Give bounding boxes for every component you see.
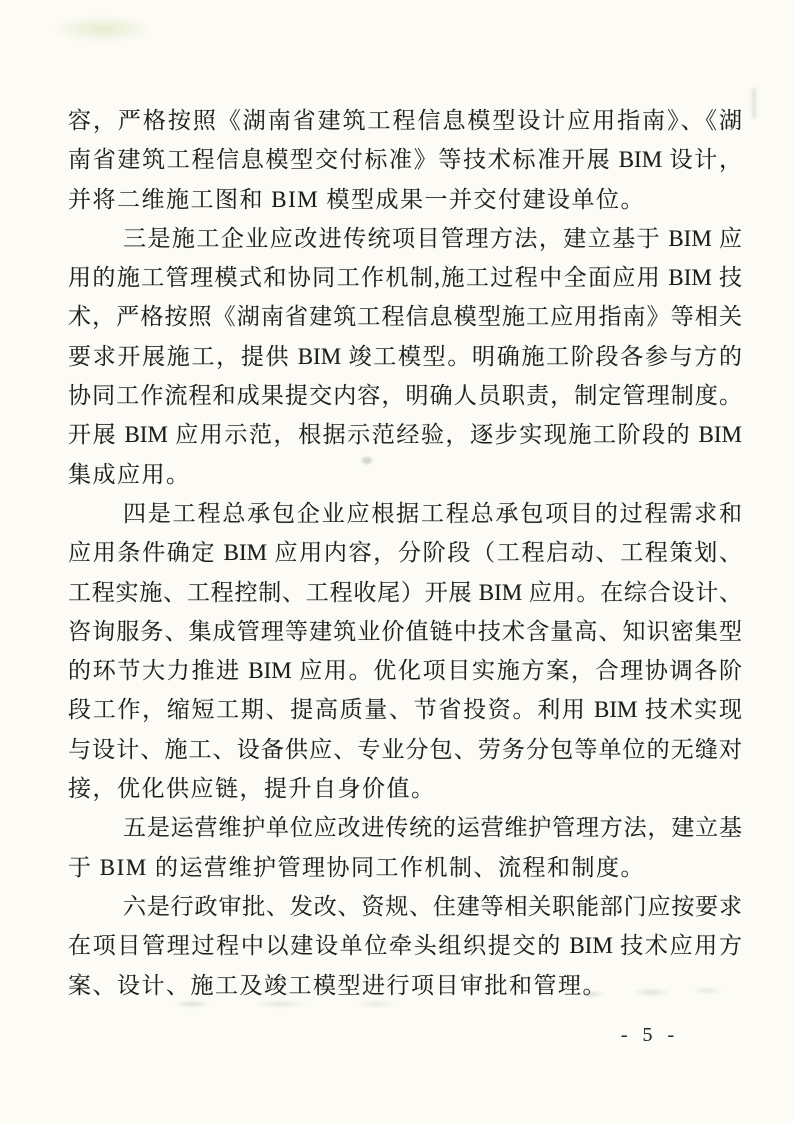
text-line: 接，优化供应链，提升自身价值。: [68, 769, 742, 808]
paragraph-item-six: 六是行政审批、发改、资规、住建等相关职能部门应按要求 在项目管理过程中以建设单位…: [68, 887, 742, 1005]
text-line: 咨询服务、集成管理等建筑业价值链中技术含量高、知识密集型: [68, 612, 742, 651]
text-line: 协同工作流程和成果提交内容，明确人员职责，制定管理制度。: [68, 376, 742, 415]
text-line: 用的施工管理模式和协同工作机制,施工过程中全面应用 BIM 技: [68, 258, 742, 297]
text-line: 五是运营维护单位应改进传统的运营维护管理方法，建立基: [68, 808, 742, 847]
text-line: 并将二维施工图和 BIM 模型成果一并交付建设单位。: [68, 180, 742, 219]
paragraph-continuation: 容，严格按照《湖南省建筑工程信息模型设计应用指南》、《湖 南省建筑工程信息模型交…: [68, 101, 742, 219]
text-block: 容，严格按照《湖南省建筑工程信息模型设计应用指南》、《湖 南省建筑工程信息模型交…: [68, 101, 742, 1005]
text-line: 开展 BIM 应用示范，根据示范经验，逐步实现施工阶段的 BIM: [68, 415, 742, 454]
text-line: 应用条件确定 BIM 应用内容，分阶段（工程启动、工程策划、: [68, 533, 742, 572]
text-line: 六是行政审批、发改、资规、住建等相关职能部门应按要求: [68, 887, 742, 926]
paragraph-item-four: 四是工程总承包企业应根据工程总承包项目的过程需求和 应用条件确定 BIM 应用内…: [68, 494, 742, 808]
text-line: 三是施工企业应改进传统项目管理方法，建立基于 BIM 应: [68, 219, 742, 258]
text-line: 案、设计、施工及竣工模型进行项目审批和管理。: [68, 966, 742, 1005]
paragraph-item-five: 五是运营维护单位应改进传统的运营维护管理方法，建立基 于 BIM 的运营维护管理…: [68, 808, 742, 887]
paragraph-item-three: 三是施工企业应改进传统项目管理方法，建立基于 BIM 应 用的施工管理模式和协同…: [68, 219, 742, 494]
text-line: 的环节大力推进 BIM 应用。优化项目实施方案，合理协调各阶: [68, 651, 742, 690]
text-line: 四是工程总承包企业应根据工程总承包项目的过程需求和: [68, 494, 742, 533]
text-line: 容，严格按照《湖南省建筑工程信息模型设计应用指南》、《湖: [68, 101, 742, 140]
text-line: 与设计、施工、设备供应、专业分包、劳务分包等单位的无缝对: [68, 730, 742, 769]
text-line: 工程实施、工程控制、工程收尾）开展 BIM 应用。在综合设计、: [68, 573, 742, 612]
page-number: - 5 -: [600, 1024, 700, 1047]
scan-streak-right-edge: [752, 88, 756, 118]
text-line: 术，严格按照《湖南省建筑工程信息模型施工应用指南》等相关: [68, 297, 742, 336]
text-line: 南省建筑工程信息模型交付标准》等技术标准开展 BIM 设计，: [68, 140, 742, 179]
text-line: 于 BIM 的运营维护管理协同工作机制、流程和制度。: [68, 848, 742, 887]
text-line: 集成应用。: [68, 455, 742, 494]
document-page: 容，严格按照《湖南省建筑工程信息模型设计应用指南》、《湖 南省建筑工程信息模型交…: [0, 0, 794, 1123]
text-line: 在项目管理过程中以建设单位牵头组织提交的 BIM 技术应用方: [68, 926, 742, 965]
scan-smudge-top-left: [52, 16, 152, 42]
text-line: 要求开展施工，提供 BIM 竣工模型。明确施工阶段各参与方的: [68, 337, 742, 376]
text-line: 段工作，缩短工期、提高质量、节省投资。利用 BIM 技术实现: [68, 690, 742, 729]
